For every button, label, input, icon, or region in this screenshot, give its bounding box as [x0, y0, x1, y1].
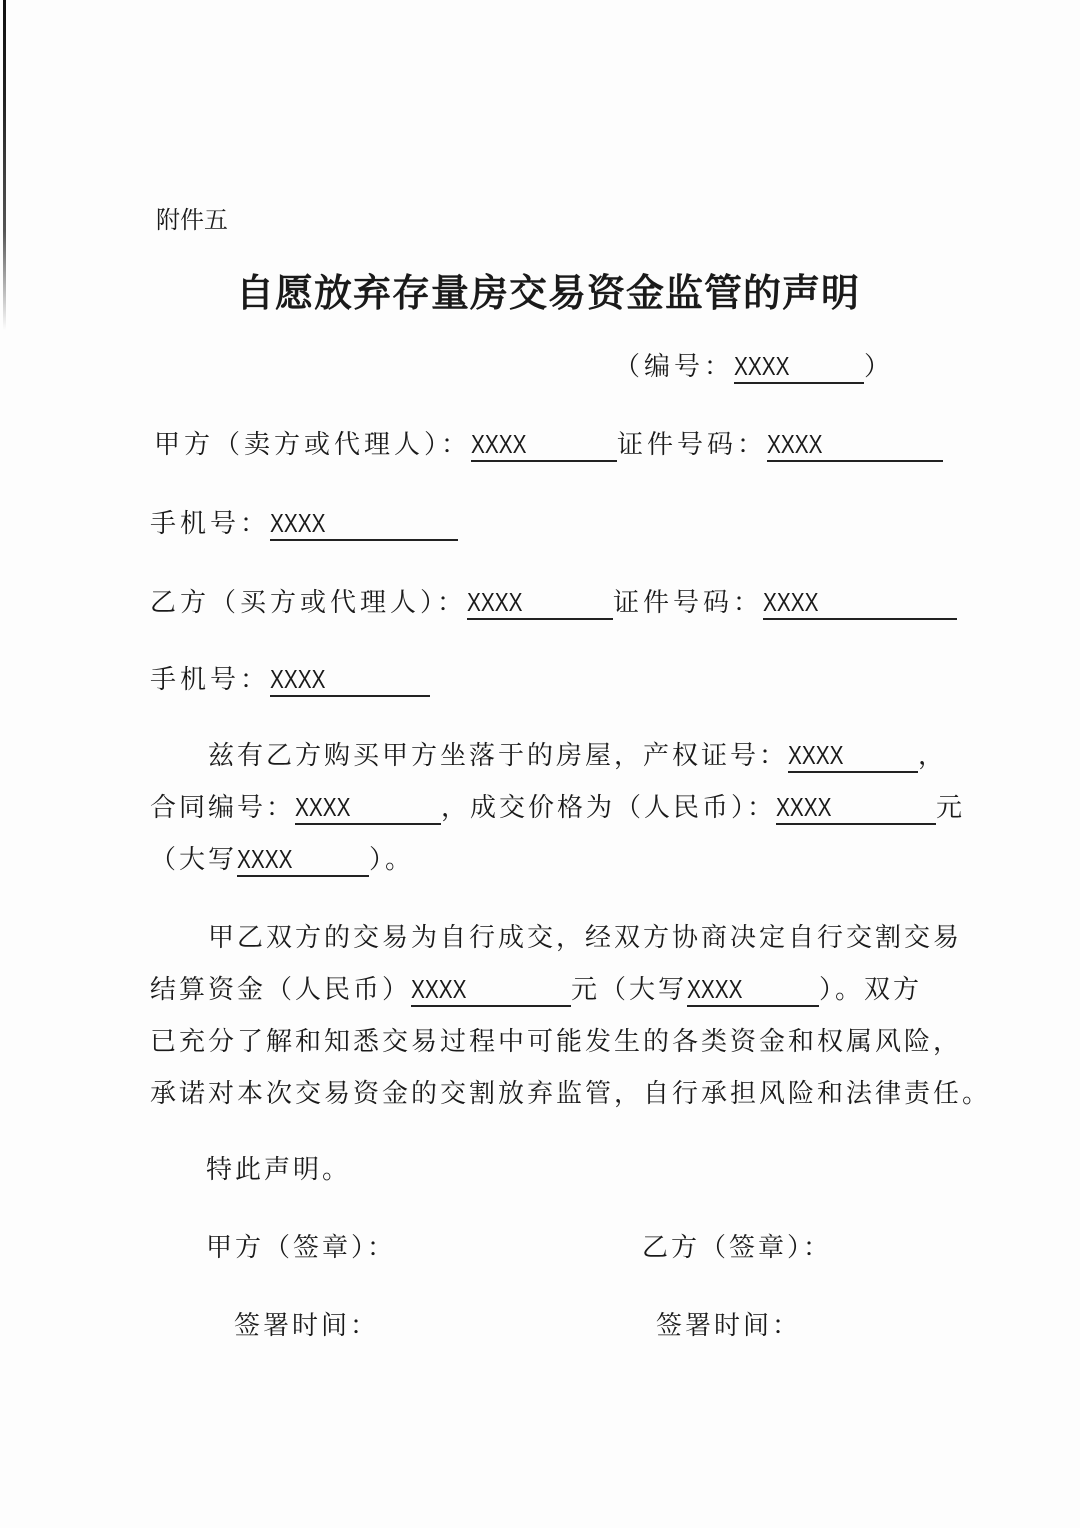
party-a-phone-field[interactable]: XXXX — [270, 509, 458, 541]
party-b-id-field[interactable]: XXXX — [763, 588, 957, 620]
para2-line4: 承诺对本次交易资金的交割放弃监管，自行承担风险和法律责任。 — [150, 1068, 991, 1120]
party-a-id-field[interactable]: XXXX — [767, 430, 943, 462]
party-a-signature-label: 甲方（签章）： — [206, 1222, 396, 1274]
scan-edge-artifact — [3, 0, 6, 330]
party-b-name-field[interactable]: XXXX — [467, 588, 613, 620]
contract-no-field[interactable]: XXXX — [295, 793, 441, 825]
price-upper-field[interactable]: XXXX — [237, 845, 369, 877]
party-a-name-field[interactable]: XXXX — [471, 430, 617, 462]
party-a-row: 甲方（卖方或代理人）：XXXX证件号码：XXXX — [154, 424, 943, 462]
attachment-label: 附件五 — [156, 200, 228, 235]
para2-line1: 甲乙双方的交易为自行成交，经双方协商决定自行交割交易 — [208, 912, 962, 964]
party-a-sign-date-label: 签署时间： — [234, 1300, 379, 1352]
price-field[interactable]: XXXX — [776, 793, 936, 825]
party-b-sign-date-label: 签署时间： — [656, 1300, 801, 1352]
para1-line2: 合同编号：XXXX，成交价格为（人民币）：XXXX元 — [150, 782, 965, 834]
settlement-amount-field[interactable]: XXXX — [411, 975, 571, 1007]
para2-line2: 结算资金（人民币）XXXX元（大写XXXX）。双方 — [150, 964, 922, 1016]
serial-field[interactable]: XXXX — [734, 352, 864, 384]
party-b-phone-field[interactable]: XXXX — [270, 665, 430, 697]
property-cert-field[interactable]: XXXX — [788, 741, 918, 773]
party-b-row: 乙方（买方或代理人）：XXXX证件号码：XXXX — [150, 582, 957, 620]
para2-line3: 已充分了解和知悉交易过程中可能发生的各类资金和权属风险， — [150, 1016, 962, 1068]
party-a-phone-row: 手机号：XXXX — [150, 503, 458, 541]
serial-number: （编号：XXXX） — [614, 346, 894, 384]
document-title: 自愿放弃存量房交易资金监管的声明 — [236, 262, 860, 317]
closing-statement: 特此声明。 — [206, 1144, 351, 1196]
para1-line1: 兹有乙方购买甲方坐落于的房屋，产权证号：XXXX， — [208, 730, 947, 782]
party-b-phone-row: 手机号：XXXX — [150, 659, 430, 697]
para1-line3: （大写XXXX）。 — [150, 834, 414, 886]
settlement-upper-field[interactable]: XXXX — [687, 975, 819, 1007]
party-b-signature-label: 乙方（签章）： — [642, 1222, 832, 1274]
